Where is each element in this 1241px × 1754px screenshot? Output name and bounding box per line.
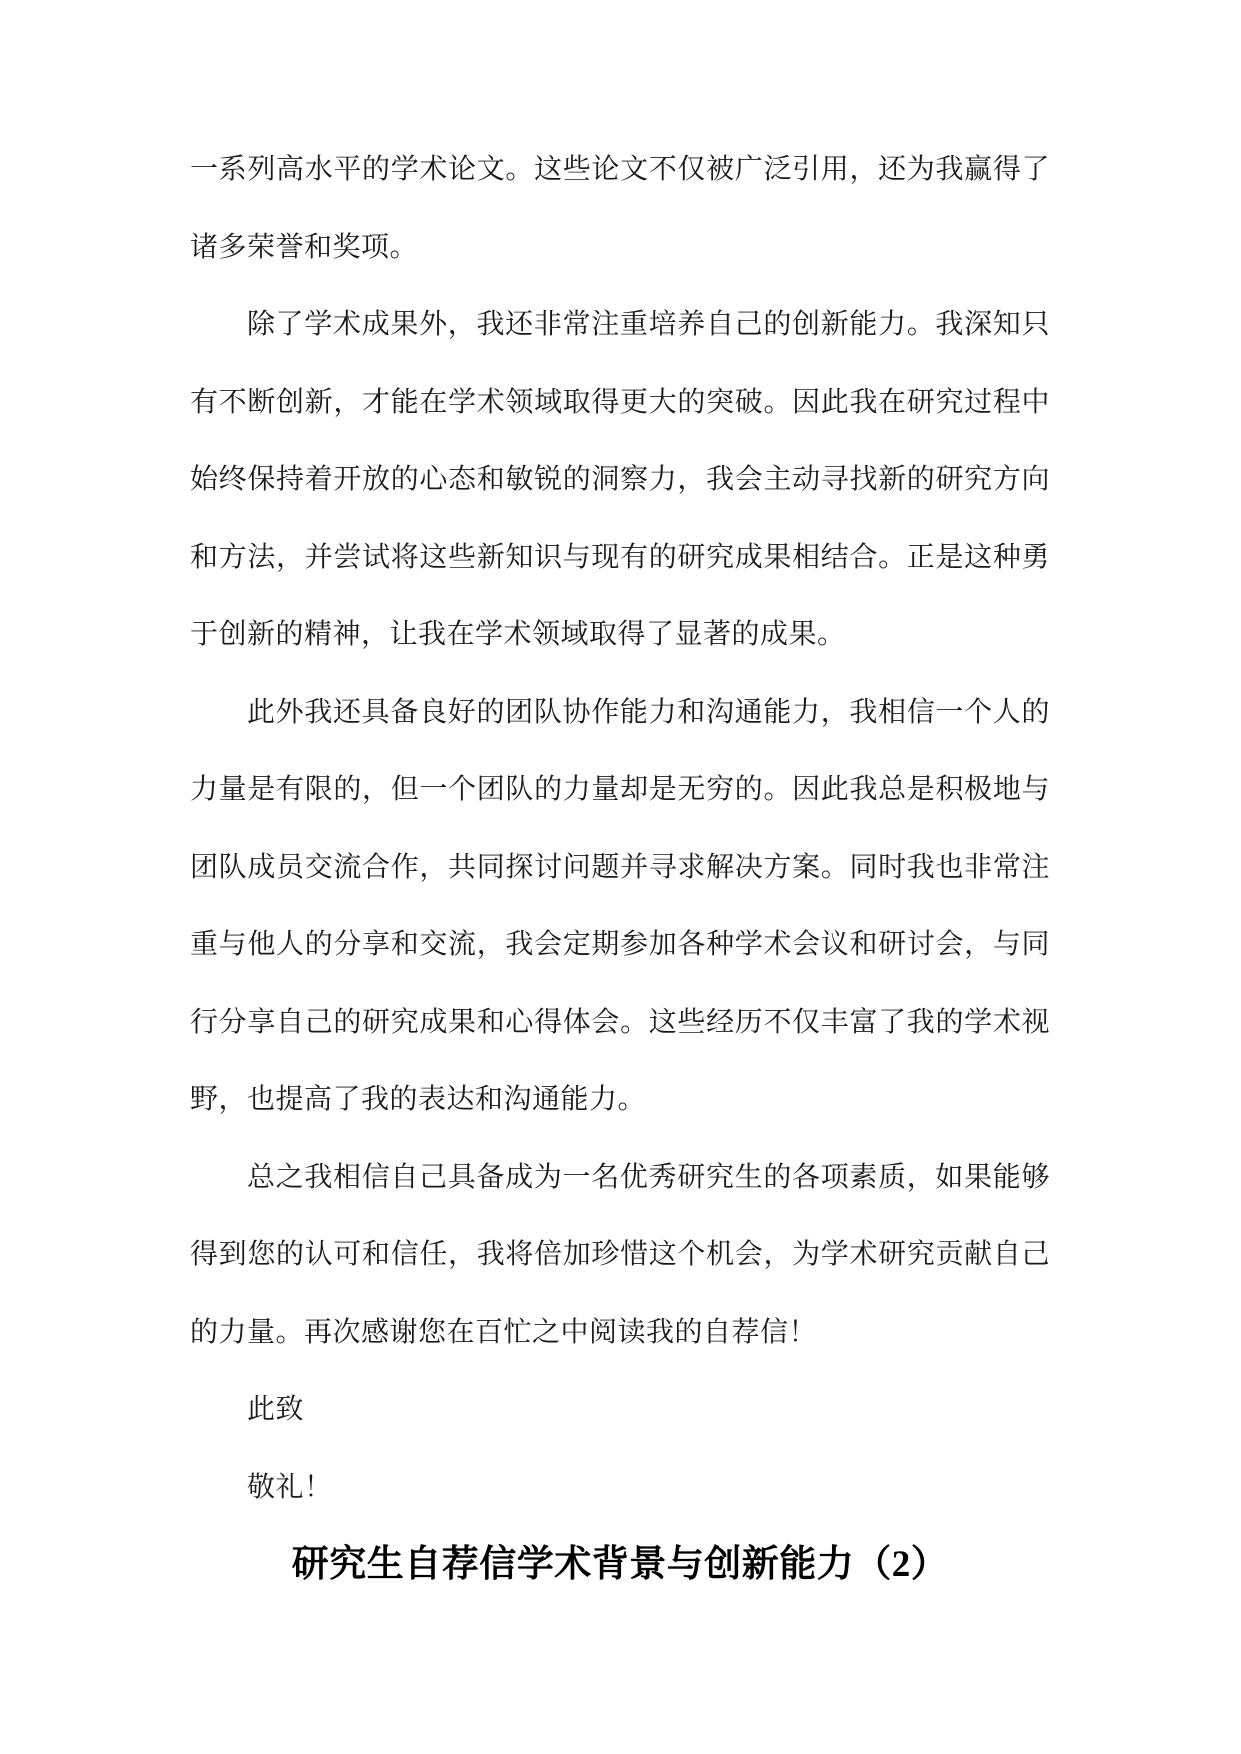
document-page: 一系列高水平的学术论文。这些论文不仅被广泛引用，还为我赢得了诸多荣誉和奖项。 除… (0, 0, 1241, 1754)
closing-salute: 此致 (190, 1371, 1050, 1449)
section-heading: 研究生自荐信学术背景与创新能力（2） (190, 1526, 1050, 1604)
document-content: 一系列高水平的学术论文。这些论文不仅被广泛引用，还为我赢得了诸多荣誉和奖项。 除… (190, 131, 1050, 1604)
body-paragraph-summary: 总之我相信自己具备成为一名优秀研究生的各项素质，如果能够得到您的认可和信任，我将… (190, 1139, 1050, 1372)
body-paragraph-innovation: 除了学术成果外，我还非常注重培养自己的创新能力。我深知只有不断创新，才能在学术领… (190, 286, 1050, 674)
closing-respect: 敬礼！ (190, 1449, 1050, 1527)
body-paragraph-continuation: 一系列高水平的学术论文。这些论文不仅被广泛引用，还为我赢得了诸多荣誉和奖项。 (190, 131, 1050, 286)
body-paragraph-teamwork: 此外我还具备良好的团队协作能力和沟通能力，我相信一个人的力量是有限的，但一个团队… (190, 674, 1050, 1139)
